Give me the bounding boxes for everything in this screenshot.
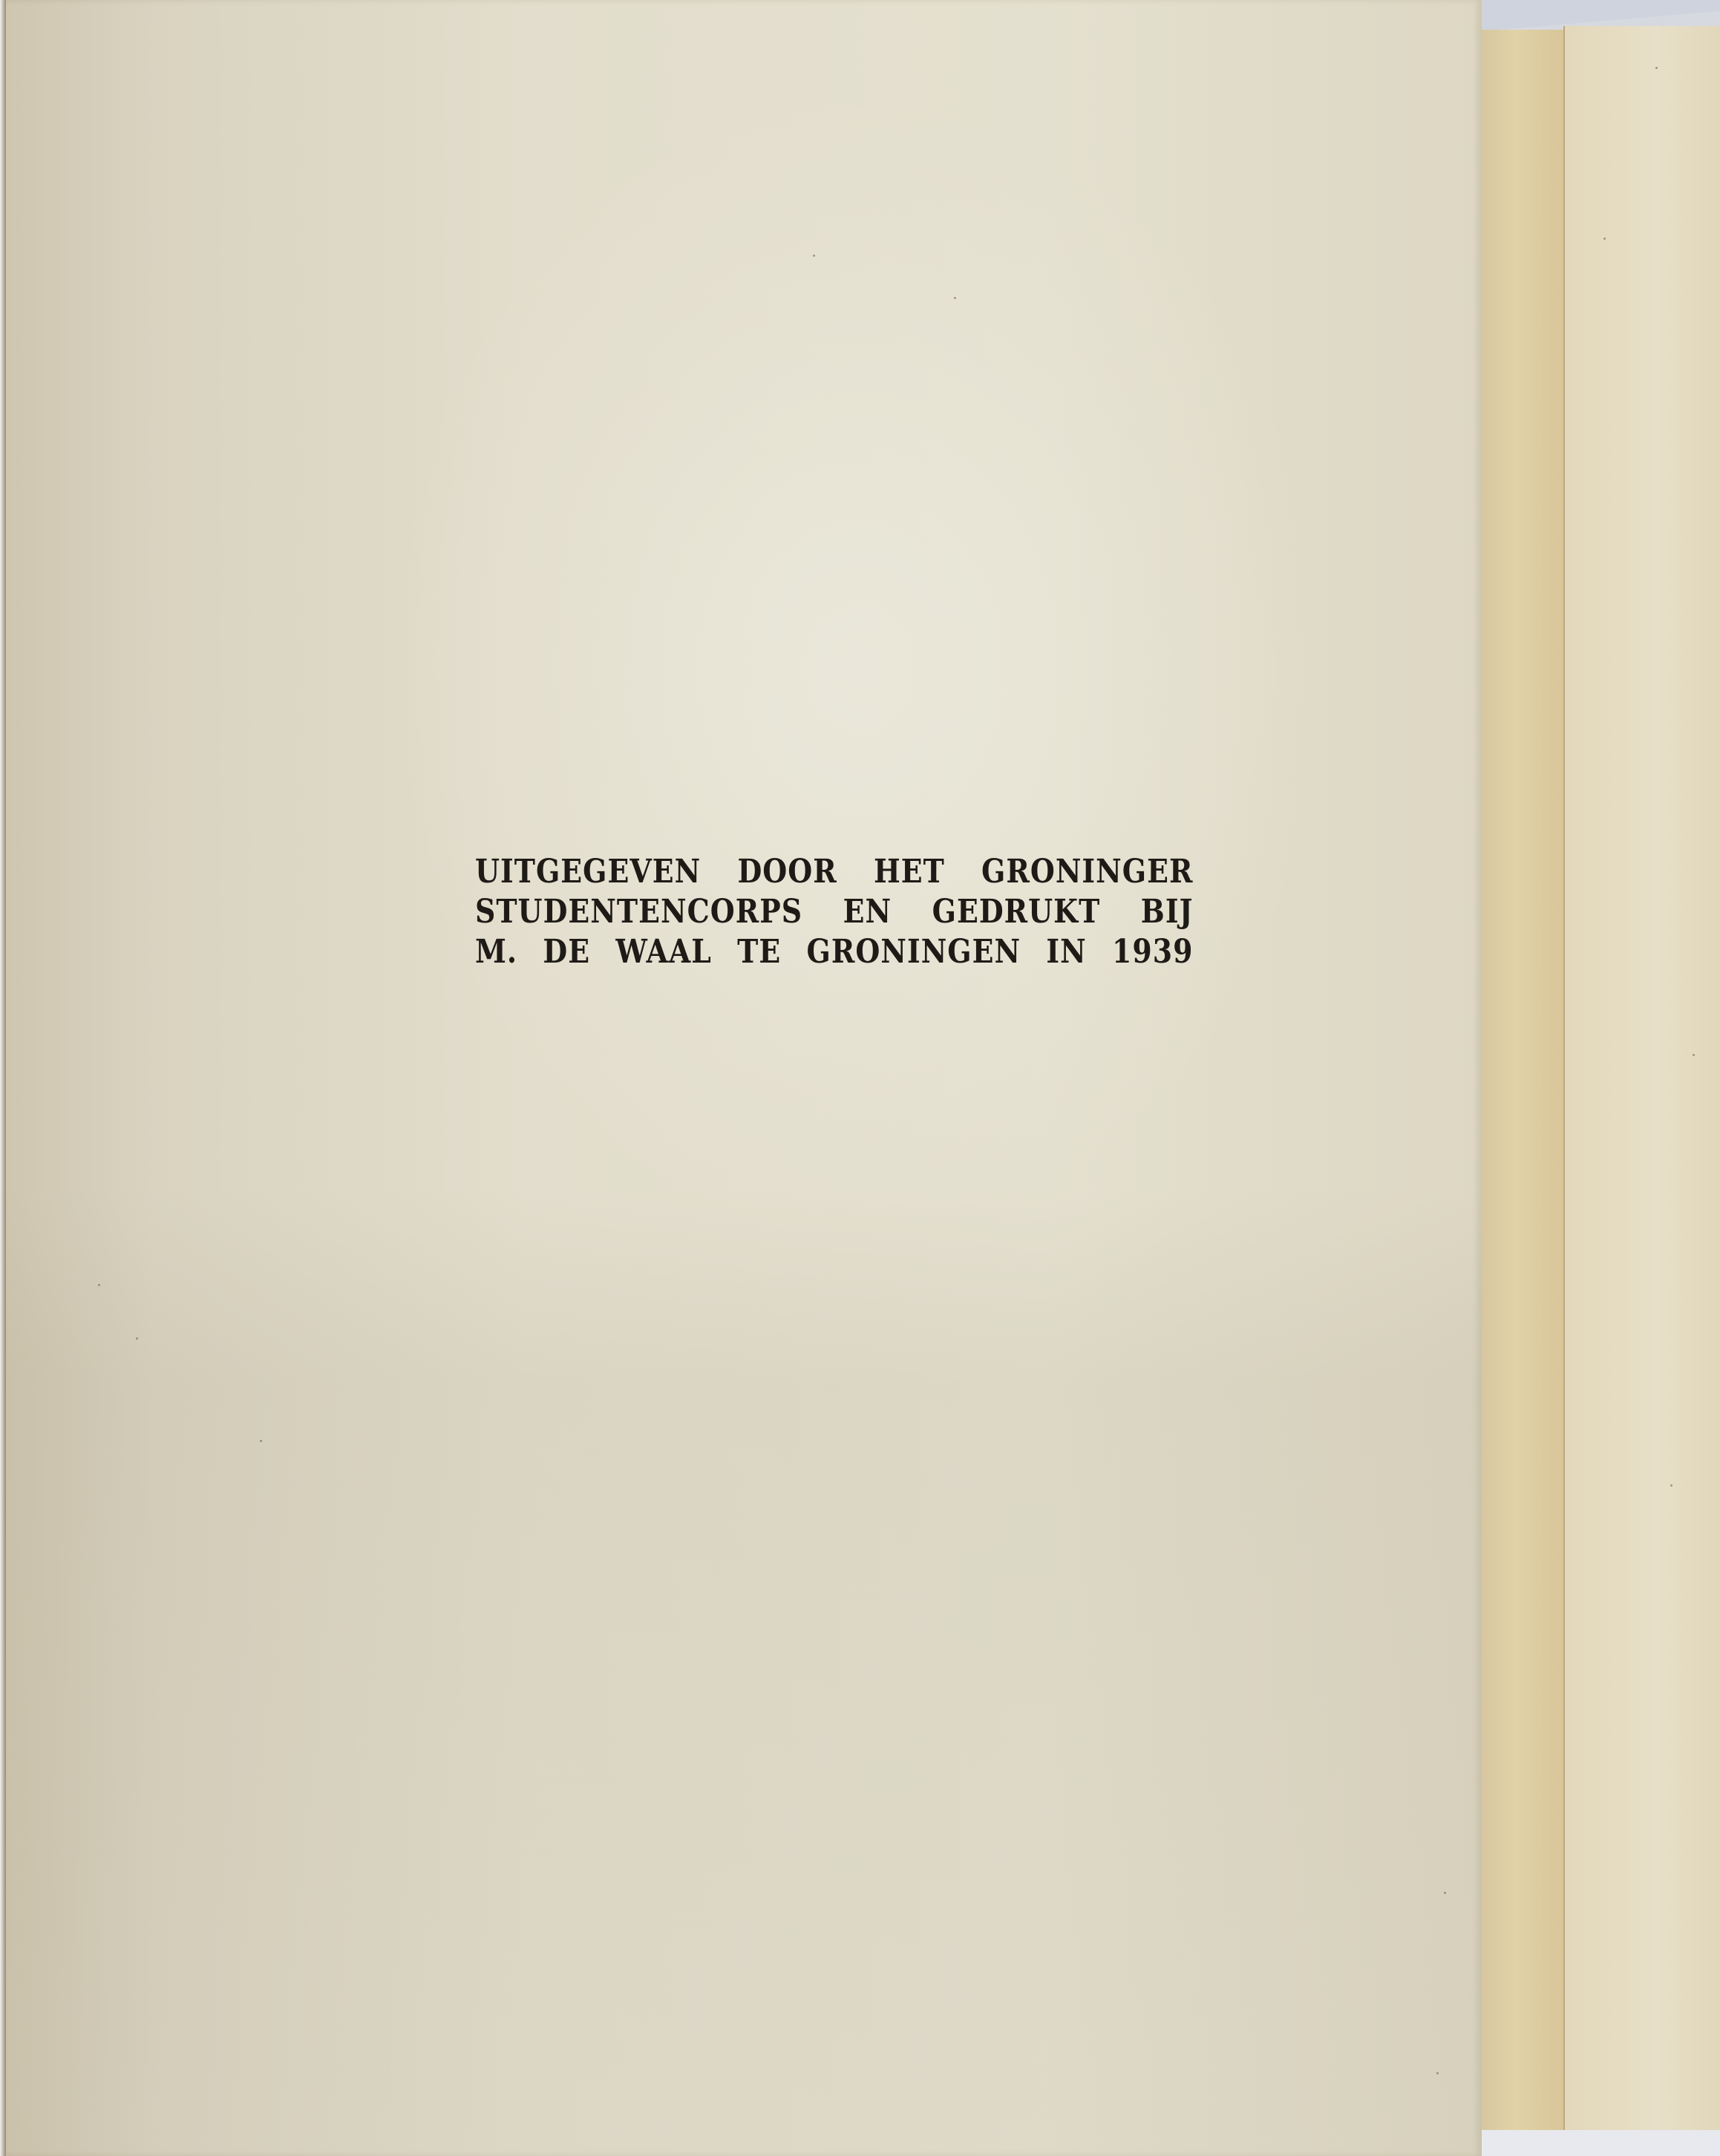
book-page: UITGEGEVEN DOOR HET GRONINGER STUDENTENC…	[6, 0, 1482, 2156]
book-spine-strip	[1482, 30, 1565, 2134]
left-page-edge	[0, 0, 6, 2156]
colophon-line-2: STUDENTENCORPS EN GEDRUKT BIJ	[475, 892, 1194, 932]
next-page-edge	[1565, 26, 1720, 2135]
foxing-spot	[1693, 1054, 1695, 1056]
foxing-spot	[1655, 67, 1658, 69]
colophon-line-1: UITGEGEVEN DOOR HET GRONINGER	[475, 852, 1194, 892]
background-bottom	[1482, 2130, 1720, 2156]
foxing-spot	[260, 1440, 262, 1442]
foxing-spot	[1670, 1484, 1672, 1487]
spine-fold-line	[1563, 26, 1565, 2137]
foxing-spot	[1444, 1892, 1446, 1894]
foxing-spot	[98, 1284, 100, 1286]
foxing-spot	[1436, 2072, 1439, 2074]
foxing-spot	[136, 1337, 138, 1340]
foxing-spot	[813, 255, 815, 257]
colophon-line-3: M. DE WAAL TE GRONINGEN IN 1939	[475, 932, 1194, 972]
foxing-spot	[1603, 237, 1606, 240]
colophon-text: UITGEGEVEN DOOR HET GRONINGER STUDENTENC…	[475, 852, 1194, 972]
foxing-spot	[954, 297, 956, 299]
